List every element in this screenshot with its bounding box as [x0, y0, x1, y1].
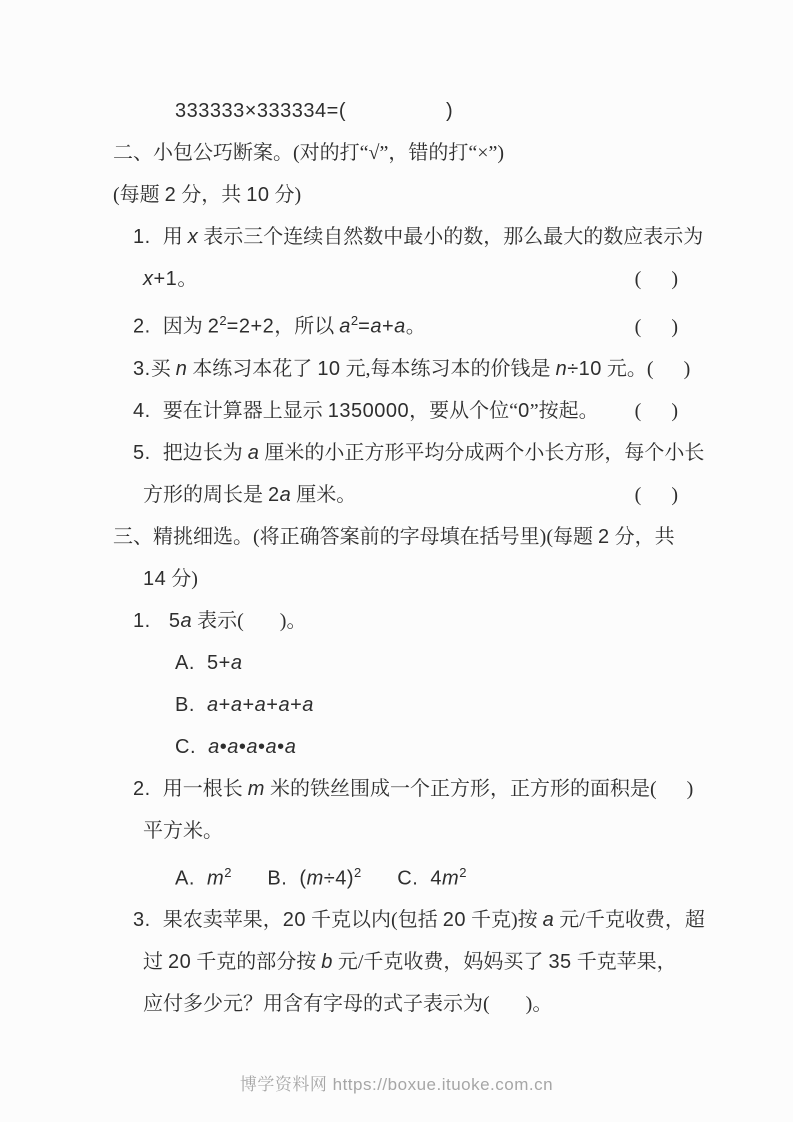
- text-segment: 千克)按: [466, 909, 543, 931]
- text-segment: 元/千克收费，超: [554, 909, 705, 931]
- text-segment: 千克的部分按: [191, 951, 321, 973]
- text-segment: a: [248, 442, 260, 464]
- text-segment: 果农卖苹果，: [163, 909, 283, 931]
- line-text: 二、小包公巧断案。(对的打“√”，错的打“×”): [113, 132, 504, 174]
- section-3-header-cont: 14 分): [113, 558, 678, 600]
- text-segment: B.: [175, 694, 207, 716]
- text-segment: 20: [443, 909, 466, 931]
- line-text: 3. 果农卖苹果，20 千克以内(包括 20 千克)按 a 元/千克收费，超: [133, 899, 705, 941]
- text-segment: 元。: [602, 358, 647, 380]
- text-segment: a: [266, 736, 278, 758]
- text-segment: 2: [354, 865, 361, 880]
- choice-item-3-cont2: 应付多少元？用含有字母的式子表示为()。: [113, 983, 678, 1025]
- text-segment: )。: [280, 610, 307, 632]
- judge-item-5: 5. 把边长为 a 厘米的小正方形平均分成两个小长方形，每个小长: [113, 432, 678, 474]
- text-segment: 分): [270, 184, 302, 206]
- text-segment: m: [248, 778, 265, 800]
- choice-item-1-option-a: A. 5+a: [113, 642, 678, 684]
- text-segment: ): [446, 100, 453, 122]
- text-segment: 因为: [163, 316, 208, 338]
- text-segment: =2+2: [227, 316, 275, 338]
- text-segment: •: [258, 736, 266, 758]
- line-text: C. a•a•a•a•a: [175, 726, 296, 768]
- text-segment: 元,每本练习本的价钱是: [341, 358, 556, 380]
- answer-parentheses: ( ): [650, 768, 693, 810]
- line-text: 3.买 n 本练习本花了 10 元,每本练习本的价钱是 n÷10 元。: [133, 348, 647, 390]
- choice-item-3-cont: 过 20 千克的部分按 b 元/千克收费，妈妈买了 35 千克苹果，: [113, 941, 678, 983]
- text-segment: a: [394, 316, 406, 338]
- line-text: 2. 因为 22=2+2，所以 a2=a+a。: [133, 300, 426, 348]
- text-segment: 把边长为: [163, 442, 248, 464]
- judge-item-5-cont: 方形的周长是 2a 厘米。( ): [113, 474, 678, 516]
- choice-item-1-option-b: B. a+a+a+a+a: [113, 684, 678, 726]
- text-segment: n: [556, 358, 568, 380]
- line-text: 2. 用一根长 m 米的铁丝围成一个正方形，正方形的面积是: [133, 768, 650, 810]
- text-segment: m: [442, 867, 459, 889]
- text-segment: a: [278, 694, 290, 716]
- text-segment: 20: [283, 909, 306, 931]
- text-segment: n: [176, 358, 188, 380]
- text-segment: a: [280, 484, 292, 506]
- text-segment: 三、精挑细选。(将正确答案前的字母填在括号里)(每题: [113, 526, 598, 548]
- text-segment: 分，共: [610, 526, 675, 548]
- text-segment: A.: [175, 867, 207, 889]
- text-segment: ÷4): [324, 867, 354, 889]
- text-segment: (每题: [113, 184, 165, 206]
- line-text: 平方米。: [143, 810, 223, 852]
- line-text: 三、精挑细选。(将正确答案前的字母填在括号里)(每题 2 分，共: [113, 516, 675, 558]
- text-segment: 本练习本花了: [187, 358, 317, 380]
- judge-item-1-cont: x+1。( ): [113, 258, 678, 300]
- line-text: 1. 5a 表示()。: [133, 600, 306, 642]
- text-segment: ，要从个位“: [409, 400, 518, 422]
- text-segment: 千克苹果，: [572, 951, 677, 973]
- line-text: 14 分): [143, 558, 198, 600]
- choice-item-2: 2. 用一根长 m 米的铁丝围成一个正方形，正方形的面积是( ): [113, 768, 678, 810]
- line-text: 4. 要在计算器上显示 1350000，要从个位“0”按起。: [133, 390, 599, 432]
- choice-item-2-cont: 平方米。: [113, 810, 678, 852]
- text-segment: a: [255, 694, 267, 716]
- judge-item-3: 3.买 n 本练习本花了 10 元,每本练习本的价钱是 n÷10 元。( ): [113, 348, 678, 390]
- answer-parentheses: ( ): [647, 348, 690, 390]
- text-segment: 1.: [133, 226, 163, 248]
- text-segment: 333333×333334=(: [175, 100, 346, 122]
- judge-item-4: 4. 要在计算器上显示 1350000，要从个位“0”按起。( ): [113, 390, 678, 432]
- text-segment: a: [180, 610, 192, 632]
- text-segment: a: [285, 736, 297, 758]
- text-segment: 厘米。: [291, 484, 356, 506]
- text-segment: x: [143, 268, 154, 290]
- answer-parentheses: ( ): [635, 390, 678, 432]
- line-text: (每题 2 分，共 10 分): [113, 174, 301, 216]
- choice-item-1: 1. 5a 表示()。: [113, 600, 678, 642]
- text-segment: 买: [151, 358, 176, 380]
- judge-item-2: 2. 因为 22=2+2，所以 a2=a+a。( ): [113, 300, 678, 348]
- fill-blank-expression: 333333×333334=(): [113, 90, 678, 132]
- text-segment: )。: [526, 993, 553, 1015]
- document-page: 333333×333334=()二、小包公巧断案。(对的打“√”，错的打“×”)…: [0, 0, 793, 1122]
- text-segment: 二、小包公巧断案。(对的打“√”，错的打“×”): [113, 142, 504, 164]
- text-segment: 表示三个连续自然数中最小的数，那么最大的数应表示为: [198, 226, 703, 248]
- line-text: 过 20 千克的部分按 b 元/千克收费，妈妈买了 35 千克苹果，: [143, 941, 677, 983]
- text-segment: 过: [143, 951, 168, 973]
- text-segment: C. 4: [397, 867, 442, 889]
- answer-parentheses: ( ): [635, 474, 678, 516]
- text-segment: ÷10: [567, 358, 602, 380]
- text-segment: •: [277, 736, 285, 758]
- text-segment: 千克以内(包括: [306, 909, 443, 931]
- text-segment: 元/千克收费，妈妈买了: [333, 951, 549, 973]
- line-text: 1. 用 x 表示三个连续自然数中最小的数，那么最大的数应表示为: [133, 216, 703, 258]
- text-segment: 2: [208, 316, 220, 338]
- text-segment: B. (: [267, 867, 306, 889]
- text-segment: 表示(: [192, 610, 244, 632]
- text-segment: 平方米。: [143, 820, 223, 842]
- text-segment: b: [321, 951, 333, 973]
- text-segment: 10: [246, 184, 269, 206]
- text-segment: 2: [268, 484, 280, 506]
- text-segment: 用: [163, 226, 188, 248]
- text-segment: m: [307, 867, 324, 889]
- text-segment: 2: [224, 865, 231, 880]
- text-segment: 4.: [133, 400, 163, 422]
- text-segment: 。: [406, 316, 426, 338]
- text-segment: 应付多少元？用含有字母的式子表示为(: [143, 993, 490, 1015]
- line-text: A. 5+a: [175, 642, 242, 684]
- text-segment: 2: [165, 184, 177, 206]
- answer-parentheses: ( ): [635, 258, 678, 300]
- text-segment: a: [227, 736, 239, 758]
- text-segment: +: [382, 316, 394, 338]
- text-segment: 方形的周长是: [143, 484, 268, 506]
- text-segment: 。: [177, 268, 197, 290]
- text-segment: +1: [154, 268, 178, 290]
- text-segment: 2: [219, 313, 226, 328]
- text-segment: =: [358, 316, 370, 338]
- text-segment: 厘米的小正方形平均分成两个小长方形，每个小长: [259, 442, 704, 464]
- line-text: 应付多少元？用含有字母的式子表示为()。: [143, 983, 552, 1025]
- text-segment: a: [207, 694, 219, 716]
- text-segment: 10: [317, 358, 340, 380]
- text-segment: a: [231, 694, 243, 716]
- line-text: 方形的周长是 2a 厘米。: [143, 474, 356, 516]
- text-segment: a: [370, 316, 382, 338]
- text-segment: 2: [459, 865, 466, 880]
- text-segment: ”按起。: [530, 400, 599, 422]
- line-text: 333333×333334=(): [175, 90, 453, 132]
- text-segment: a: [246, 736, 258, 758]
- text-segment: 5.: [133, 442, 163, 464]
- line-text: A. m2B. (m÷4)2C. 4m2: [175, 852, 466, 900]
- choice-item-1-option-c: C. a•a•a•a•a: [113, 726, 678, 768]
- text-segment: 2: [598, 526, 610, 548]
- text-segment: A. 5+: [175, 652, 231, 674]
- section-3-header: 三、精挑细选。(将正确答案前的字母填在括号里)(每题 2 分，共: [113, 516, 678, 558]
- text-segment: a: [339, 316, 351, 338]
- text-segment: +: [242, 694, 254, 716]
- watermark-footer: 博学资料网 https://boxue.ituoke.com.cn: [0, 1070, 793, 1095]
- line-text: B. a+a+a+a+a: [175, 684, 314, 726]
- text-segment: 3.: [133, 358, 151, 380]
- text-segment: +: [219, 694, 231, 716]
- text-segment: ，所以: [274, 316, 339, 338]
- line-text: 5. 把边长为 a 厘米的小正方形平均分成两个小长方形，每个小长: [133, 432, 704, 474]
- text-segment: a: [208, 736, 220, 758]
- text-segment: 2.: [133, 316, 163, 338]
- text-segment: 米的铁丝围成一个正方形，正方形的面积是: [265, 778, 650, 800]
- line-text: x+1。: [143, 258, 197, 300]
- text-segment: 2.: [133, 778, 163, 800]
- choice-item-2-options: A. m2B. (m÷4)2C. 4m2: [113, 852, 678, 900]
- text-segment: 要在计算器上显示: [163, 400, 328, 422]
- text-segment: 分): [166, 568, 198, 590]
- text-segment: 1. 5: [133, 610, 180, 632]
- choice-item-3: 3. 果农卖苹果，20 千克以内(包括 20 千克)按 a 元/千克收费，超: [113, 899, 678, 941]
- text-segment: 用一根长: [163, 778, 248, 800]
- text-segment: a: [302, 694, 314, 716]
- text-segment: 分，共: [176, 184, 246, 206]
- text-segment: 14: [143, 568, 166, 590]
- judge-item-1: 1. 用 x 表示三个连续自然数中最小的数，那么最大的数应表示为: [113, 216, 678, 258]
- text-segment: 35: [548, 951, 571, 973]
- text-segment: +: [266, 694, 278, 716]
- text-segment: a: [231, 652, 243, 674]
- section-2-header: 二、小包公巧断案。(对的打“√”，错的打“×”): [113, 132, 678, 174]
- text-segment: 1350000: [328, 400, 409, 422]
- text-segment: x: [188, 226, 199, 248]
- text-segment: C.: [175, 736, 208, 758]
- text-segment: 3.: [133, 909, 163, 931]
- section-2-points-note: (每题 2 分，共 10 分): [113, 174, 678, 216]
- answer-parentheses: ( ): [635, 306, 678, 348]
- text-segment: 0: [518, 400, 530, 422]
- document-lines: 333333×333334=()二、小包公巧断案。(对的打“√”，错的打“×”)…: [113, 90, 678, 1025]
- text-segment: 20: [168, 951, 191, 973]
- text-segment: +: [290, 694, 302, 716]
- watermark-text: 博学资料网 https://boxue.ituoke.com.cn: [240, 1075, 553, 1094]
- text-segment: m: [207, 867, 224, 889]
- text-segment: a: [543, 909, 555, 931]
